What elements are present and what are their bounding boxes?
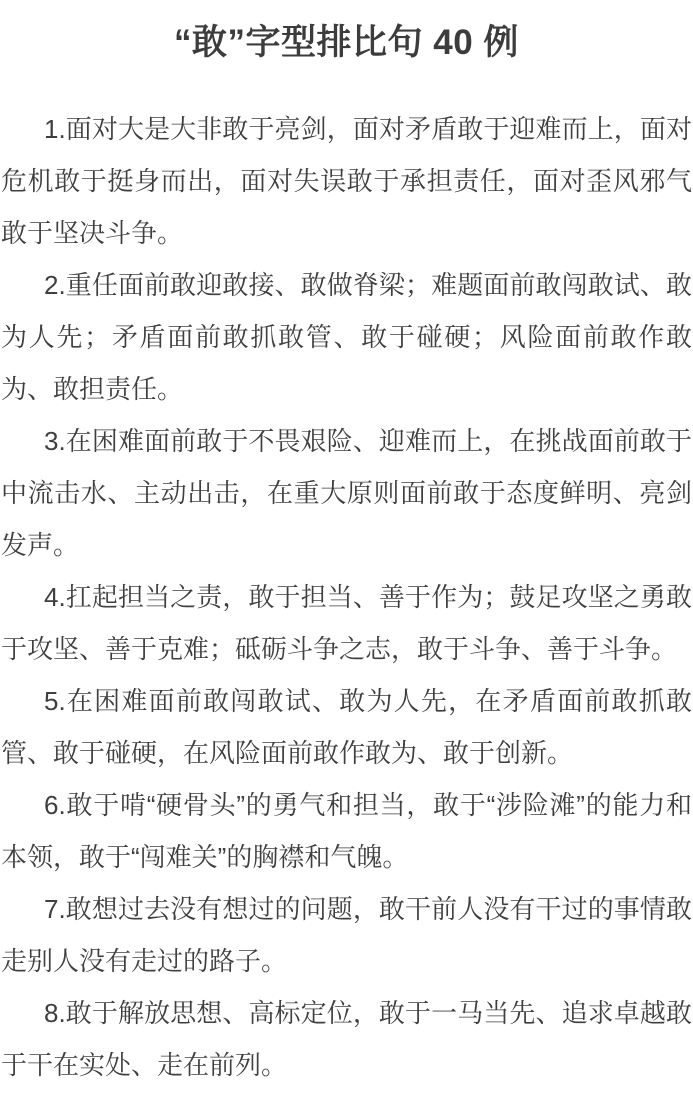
paragraph-4: 4.扛起担当之责，敢于担当、善于作为；鼓足攻坚之勇敢于攻坚、善于克难；砥砺斗争之… <box>1 571 692 675</box>
document-body: 1.面对大是大非敢于亮剑，面对矛盾敢于迎难而上，面对危机敢于挺身而出，面对失误敢… <box>0 103 693 1091</box>
document-page: “敢”字型排比句 40 例 1.面对大是大非敢于亮剑，面对矛盾敢于迎难而上，面对… <box>0 0 693 1097</box>
paragraph-2: 2.重任面前敢迎敢接、敢做脊梁；难题面前敢闯敢试、敢为人先；矛盾面前敢抓敢管、敢… <box>1 259 692 415</box>
paragraph-6: 6.敢于啃“硬骨头”的勇气和担当，敢于“涉险滩”的能力和本领，敢于“闯难关”的胸… <box>1 779 692 883</box>
paragraph-3: 3.在困难面前敢于不畏艰险、迎难而上，在挑战面前敢于中流击水、主动出击，在重大原… <box>1 415 692 571</box>
paragraph-8: 8.敢于解放思想、高标定位，敢于一马当先、追求卓越敢于干在实处、走在前列。 <box>1 987 692 1091</box>
paragraph-1: 1.面对大是大非敢于亮剑，面对矛盾敢于迎难而上，面对危机敢于挺身而出，面对失误敢… <box>1 103 692 259</box>
page-title: “敢”字型排比句 40 例 <box>0 18 693 67</box>
paragraph-5: 5.在困难面前敢闯敢试、敢为人先，在矛盾面前敢抓敢管、敢于碰硬，在风险面前敢作敢… <box>1 675 692 779</box>
paragraph-7: 7.敢想过去没有想过的问题，敢干前人没有干过的事情敢走别人没有走过的路子。 <box>1 883 692 987</box>
